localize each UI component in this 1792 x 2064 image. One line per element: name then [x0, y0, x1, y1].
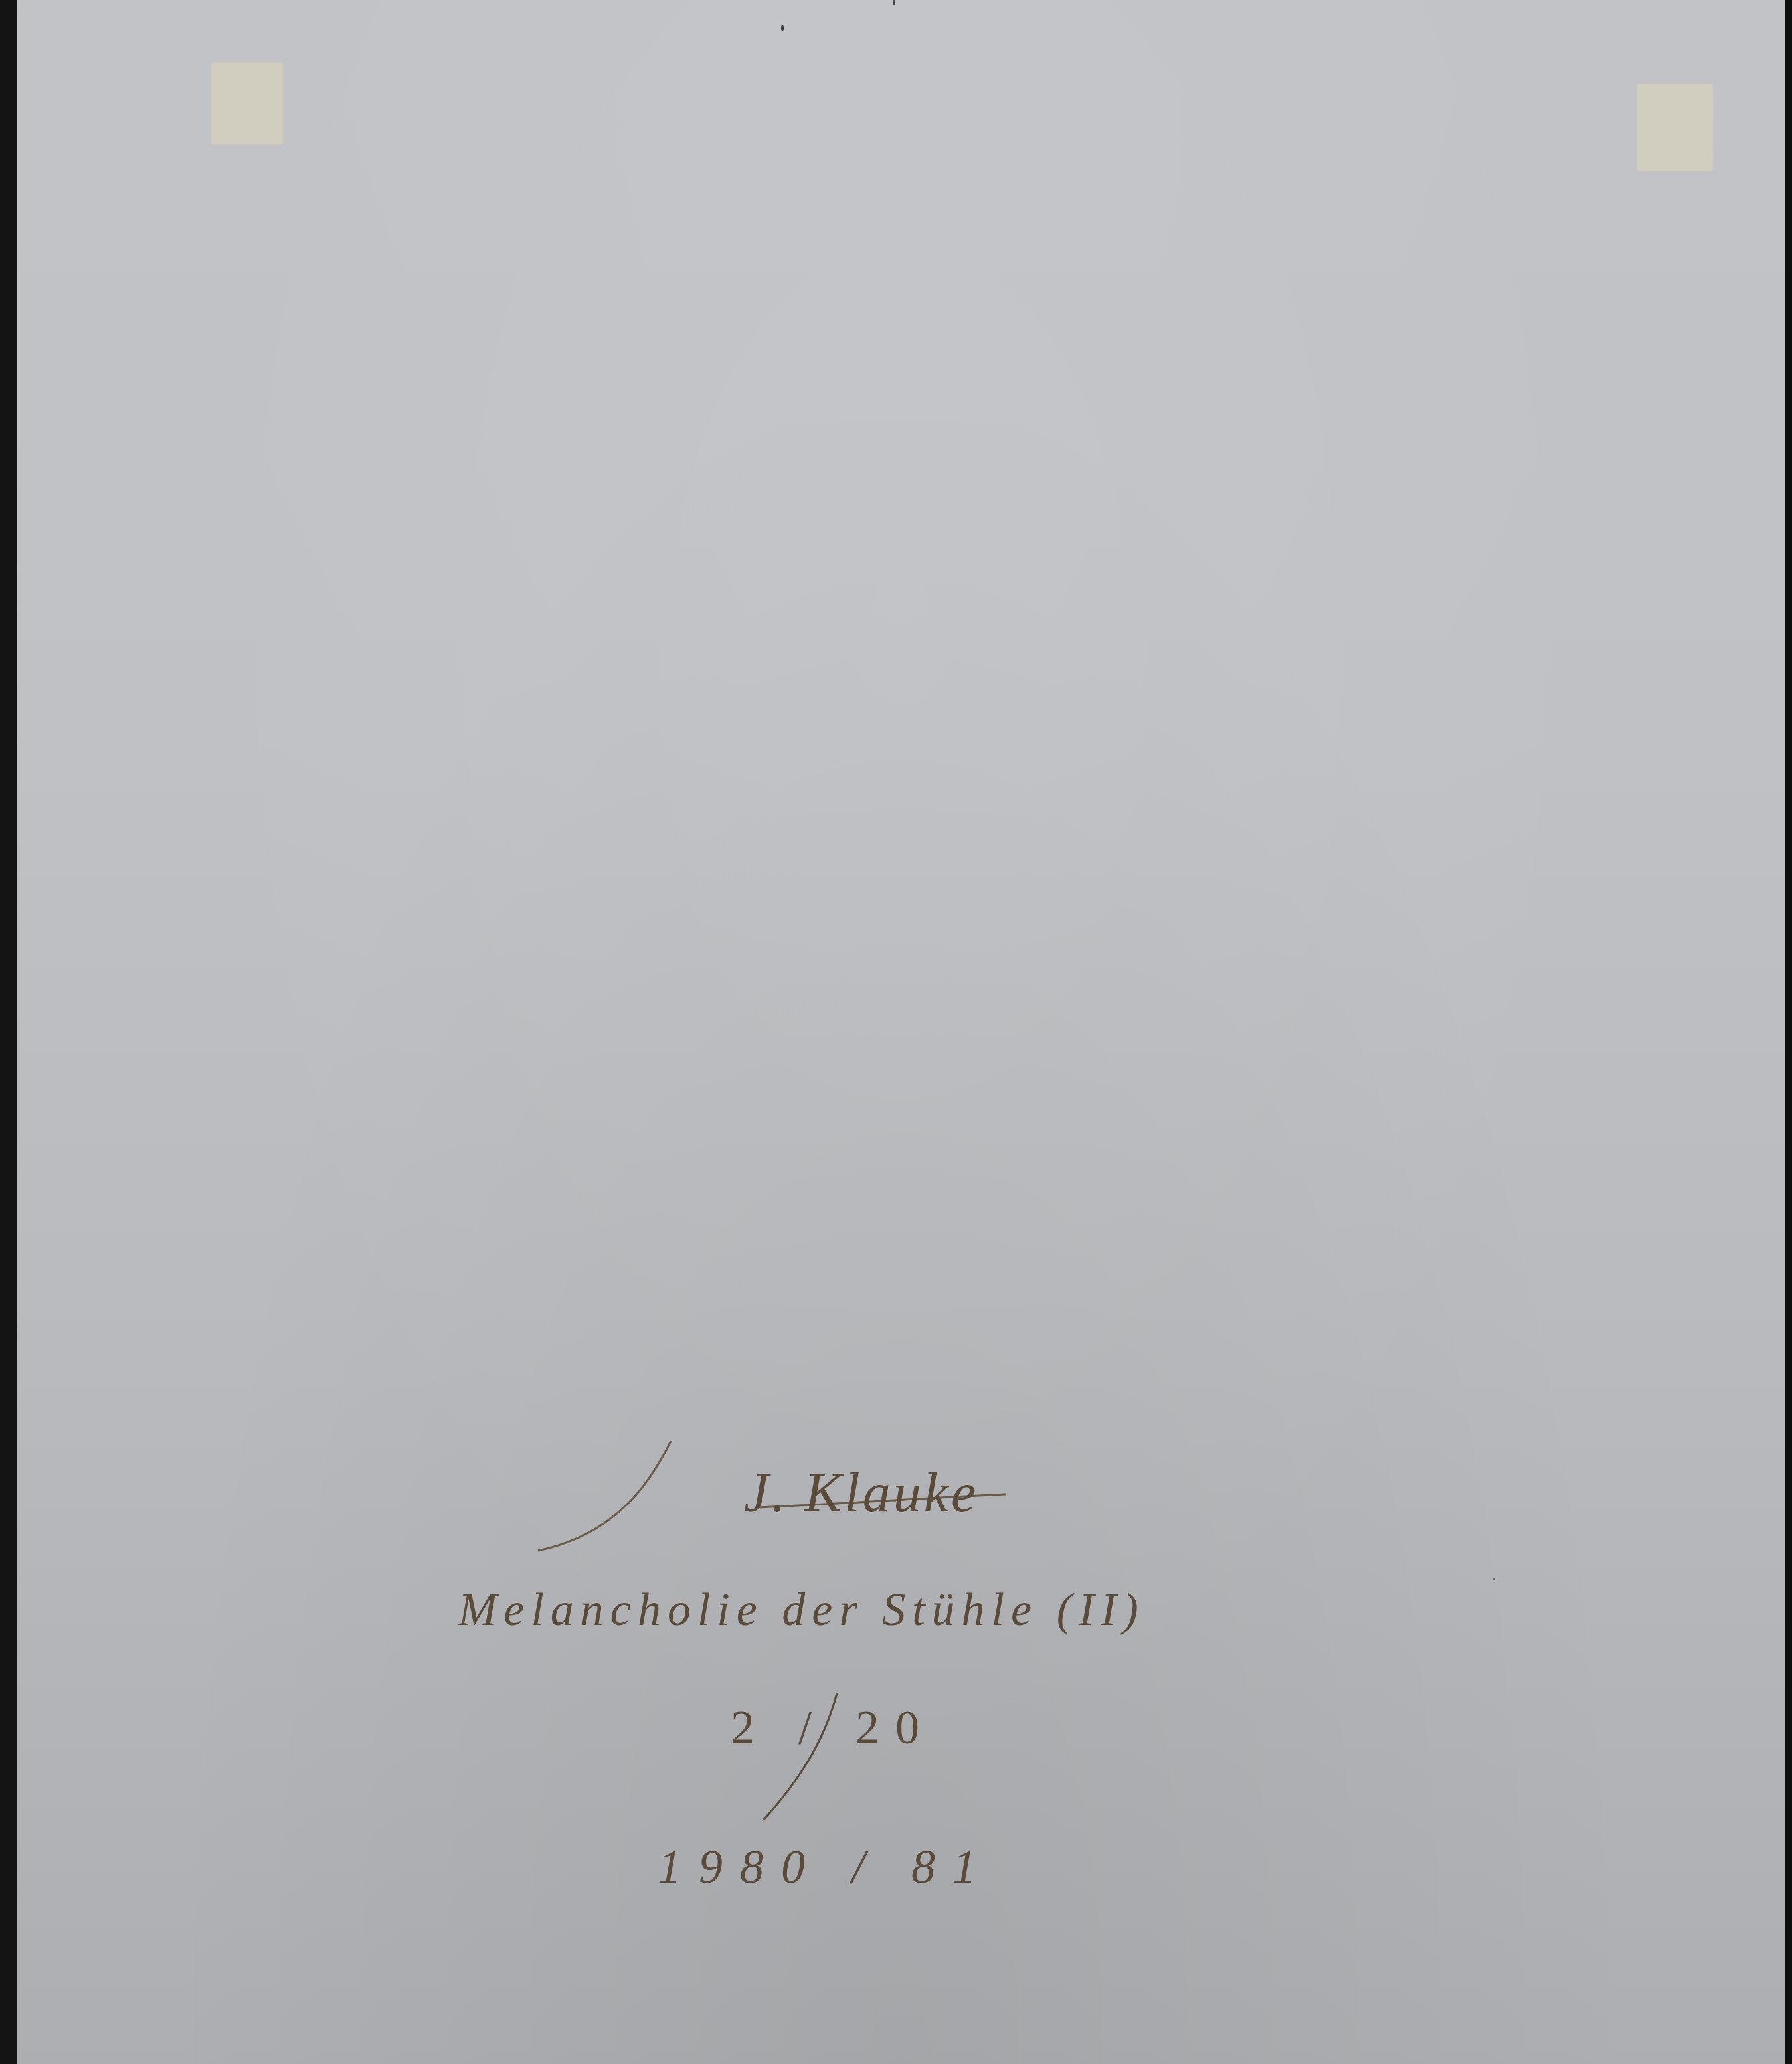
artwork-title: Melancholie der Stühle (II) — [458, 1584, 1145, 1637]
dust-speck — [893, 0, 895, 5]
frame-edge-left — [0, 0, 17, 2064]
dust-speck — [781, 25, 784, 31]
tape-remnant-top-right — [1637, 84, 1714, 171]
edition-number: 2 / 20 — [731, 1700, 935, 1755]
artist-signature: J. Klauke — [744, 1461, 978, 1525]
tape-remnant-top-left — [211, 62, 284, 145]
frame-edge-right — [1785, 0, 1792, 2064]
artwork-date: 1980 / 81 — [658, 1840, 994, 1895]
dust-speck — [1493, 1578, 1495, 1580]
